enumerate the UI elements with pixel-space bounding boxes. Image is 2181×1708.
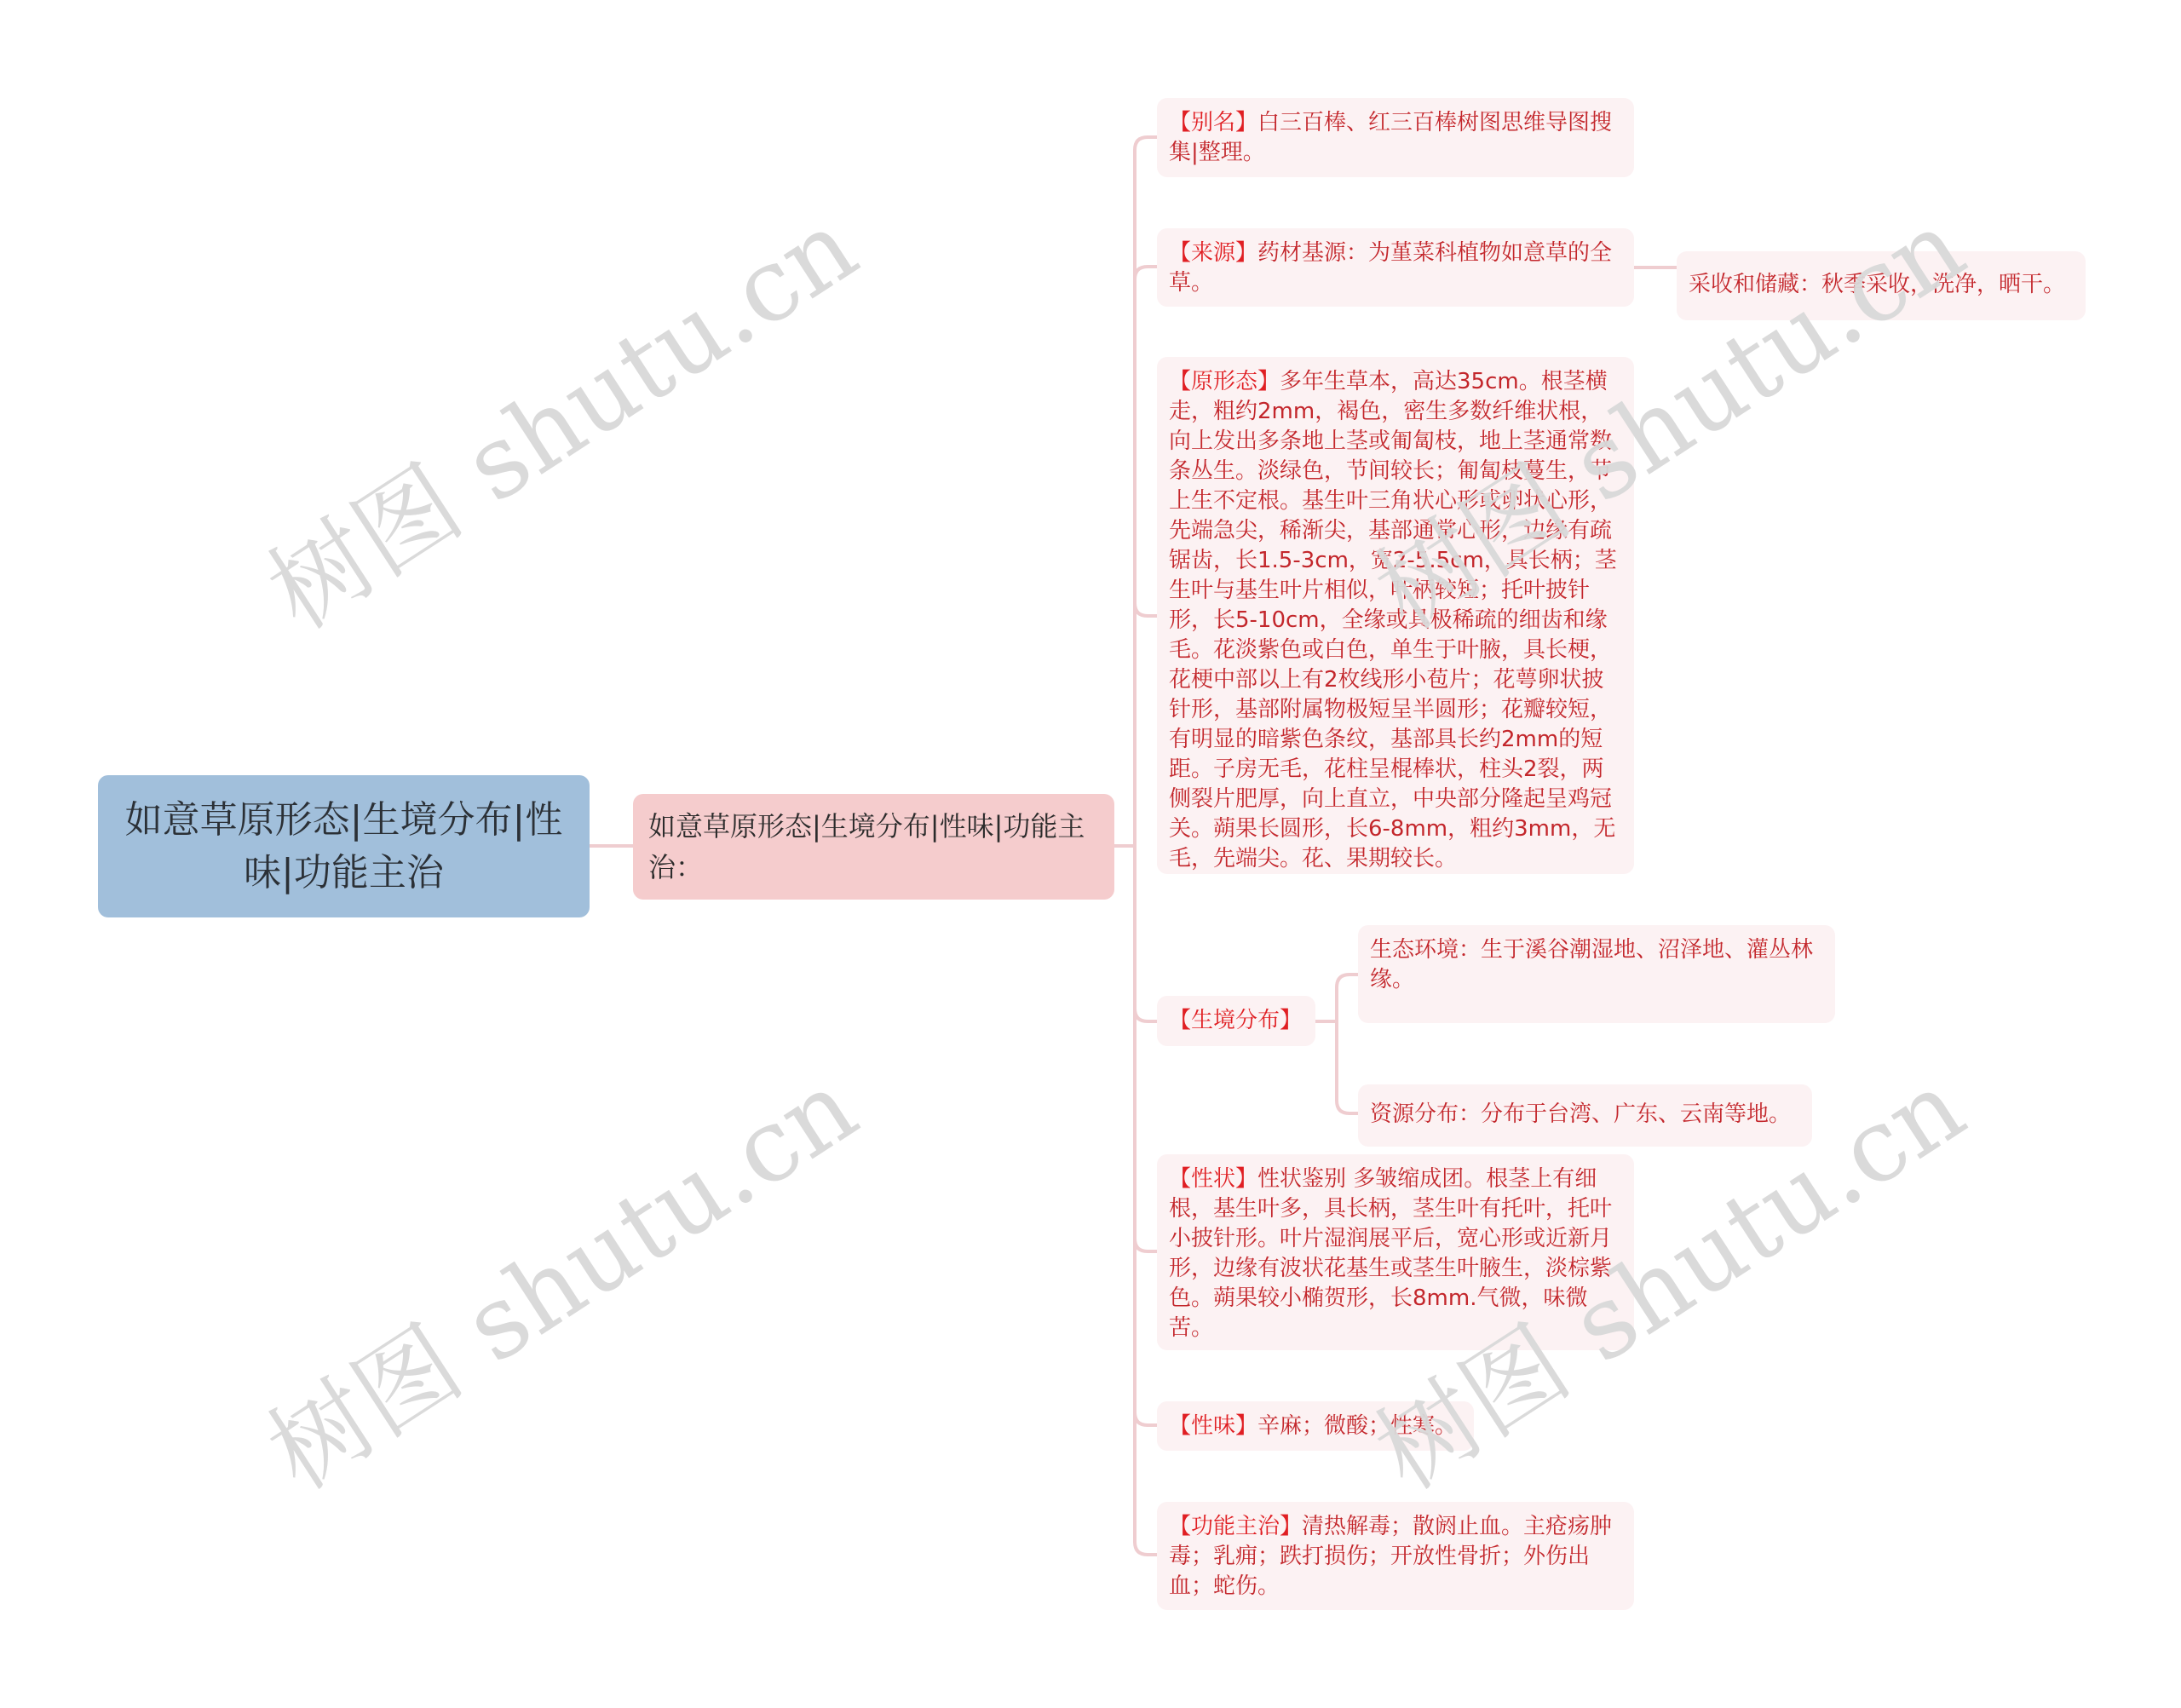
leaf-functions[interactable]: 【功能主治】清热解毒；散阏止血。主疮疡肿毒；乳痈；跌打损伤；开放性骨折；外伤出血…	[1157, 1502, 1634, 1610]
main-topic[interactable]: 如意草原形态|生境分布|性味|功能主治：	[633, 794, 1114, 900]
leaf-tag: 【别名】	[1169, 110, 1257, 135]
leaf-tag: 【生境分布】	[1169, 1008, 1302, 1033]
leaf-text: 资源分布：分布于台湾、广东、云南等地。	[1370, 1101, 1791, 1127]
root-topic-label: 如意草原形态|生境分布|性味|功能主治	[117, 794, 571, 900]
leaf-text: 多年生草本，高达35cm。根茎横走，粗约2mm，褐色，密生多数纤维状根，向上发出…	[1169, 369, 1617, 871]
leaf-tag: 【来源】	[1169, 240, 1257, 266]
leaf-text: 辛麻；微酸；性寒。	[1257, 1413, 1457, 1439]
leaf-distribution[interactable]: 资源分布：分布于台湾、广东、云南等地。	[1358, 1084, 1812, 1147]
leaf-text: 性状鉴别 多皱缩成团。根茎上有细根，基生叶多，具长柄，茎生叶有托叶，托叶小披针形…	[1169, 1166, 1612, 1341]
leaf-tag: 【功能主治】	[1169, 1514, 1302, 1539]
leaf-taste[interactable]: 【性味】辛麻；微酸；性寒。	[1157, 1401, 1474, 1451]
leaf-harvest-storage[interactable]: 采收和储藏：秋季采收，洗净，晒干。	[1677, 251, 2086, 320]
leaf-source[interactable]: 【来源】药材基源：为堇菜科植物如意草的全草。	[1157, 228, 1634, 307]
leaf-text: 生态环境：生于溪谷潮湿地、沼泽地、灌丛林缘。	[1370, 937, 1813, 992]
leaf-characteristics[interactable]: 【性状】性状鉴别 多皱缩成团。根茎上有细根，基生叶多，具长柄，茎生叶有托叶，托叶…	[1157, 1154, 1634, 1350]
leaf-tag: 【原形态】	[1169, 369, 1280, 394]
leaf-morphology[interactable]: 【原形态】多年生草本，高达35cm。根茎横走，粗约2mm，褐色，密生多数纤维状根…	[1157, 357, 1634, 874]
leaf-alias[interactable]: 【别名】白三百棒、红三百棒树图思维导图搜集|整理。	[1157, 98, 1634, 177]
leaf-tag: 【性味】	[1169, 1413, 1257, 1439]
main-topic-label: 如意草原形态|生境分布|性味|功能主治：	[648, 810, 1085, 883]
leaf-ecology[interactable]: 生态环境：生于溪谷潮湿地、沼泽地、灌丛林缘。	[1358, 925, 1835, 1023]
leaf-habitat[interactable]: 【生境分布】	[1157, 996, 1315, 1046]
leaf-text: 采收和储藏：秋季采收，洗净，晒干。	[1689, 272, 2065, 297]
leaf-tag: 【性状】	[1169, 1166, 1257, 1192]
root-topic[interactable]: 如意草原形态|生境分布|性味|功能主治	[98, 775, 590, 917]
